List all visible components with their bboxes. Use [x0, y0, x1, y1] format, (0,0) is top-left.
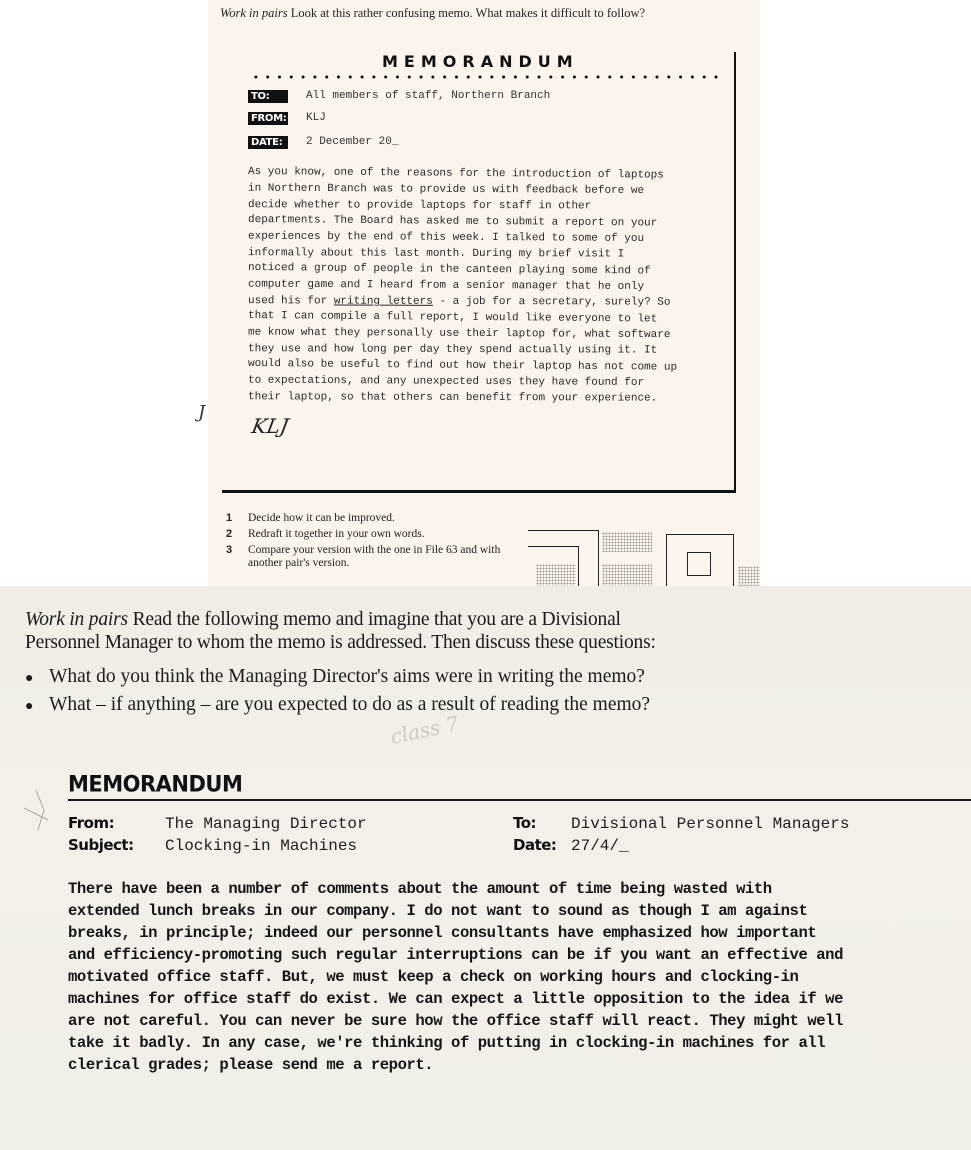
instruction-text-line1: Read the following memo and imagine that… — [133, 609, 621, 630]
task-list: 1 Decide how it can be improved. 2 Redra… — [226, 512, 506, 573]
task-item: 2 Redraft it together in your own words. — [226, 528, 506, 541]
task-number: 1 — [226, 512, 248, 525]
instruction-label: Work in pairs — [220, 6, 288, 20]
top-exercise-instructions: Work in pairs Look at this rather confus… — [220, 6, 645, 21]
memo-body-line: breaks, in principle; indeed our personn… — [68, 922, 958, 944]
task-text: Redraft it together in your own words. — [248, 528, 506, 541]
task-number: 2 — [226, 528, 248, 541]
memo-title: MEMORANDUM — [68, 771, 242, 796]
memo-body-line: extended lunch breaks in our company. I … — [68, 900, 958, 922]
discussion-questions: ● What do you think the Managing Directo… — [25, 664, 650, 720]
laptop-illustration — [526, 530, 760, 586]
question-item: ● What – if anything – are you expected … — [25, 692, 650, 720]
memo-date-row: Date: 27/4/_ — [513, 836, 629, 855]
memo-from-label: FROM: — [248, 112, 288, 125]
memo-body-line: are not careful. You can never be sure h… — [68, 1010, 958, 1032]
memo-from-row: From: The Managing Director — [68, 814, 367, 833]
memo-body-line: their laptop, so that others can benefit… — [248, 389, 718, 407]
memo-subject-row: Subject: Clocking-in Machines — [68, 836, 357, 855]
memo-body: There have been a number of comments abo… — [68, 878, 958, 1076]
memo-from-row: FROM: KLJ — [248, 110, 326, 126]
signature-mark: J — [198, 402, 205, 423]
memo-to-value: Divisional Personnel Managers — [571, 815, 849, 833]
memo-from-value: KLJ — [306, 112, 326, 124]
task-text: Compare your version with the one in Fil… — [248, 544, 506, 570]
memo-to-row: To: Divisional Personnel Managers — [513, 814, 849, 833]
memo-subject-value: Clocking-in Machines — [165, 837, 357, 855]
memo-date-label: DATE: — [248, 136, 288, 149]
memo-from-value: The Managing Director — [165, 815, 367, 833]
memo-date-row: DATE: 2 December 20_ — [248, 134, 398, 150]
bottom-exercise-scan: Work in pairs Read the following memo an… — [0, 586, 971, 1150]
task-item: 1 Decide how it can be improved. — [226, 512, 506, 525]
instruction-text: Look at this rather confusing memo. What… — [291, 6, 645, 20]
question-text: What – if anything – are you expected to… — [49, 692, 650, 718]
memo-from-label: From: — [68, 814, 165, 832]
memo-date-label: Date: — [513, 836, 571, 854]
memo-subject-label: Subject: — [68, 836, 165, 854]
instruction-text-line2: Personnel Manager to whom the memo is ad… — [25, 631, 925, 654]
dotted-divider — [250, 74, 720, 80]
confusing-memo: MEMORANDUM TO: All members of staff, Nor… — [222, 52, 736, 493]
memo-date-value: 27/4/_ — [571, 837, 629, 855]
memo-to-row: TO: All members of staff, Northern Branc… — [248, 88, 550, 104]
task-number: 3 — [226, 544, 248, 570]
memo-body-line: There have been a number of comments abo… — [68, 878, 958, 900]
memo-body: As you know, one of the reasons for the … — [248, 166, 718, 406]
memo-body-line: and efficiency-promoting such regular in… — [68, 944, 958, 966]
bullet-icon: ● — [25, 694, 49, 720]
memo-to-label: To: — [513, 814, 571, 832]
bottom-exercise-instructions: Work in pairs Read the following memo an… — [25, 608, 925, 654]
top-exercise-scan: Work in pairs Look at this rather confus… — [208, 0, 760, 586]
pencil-scratch-mark — [8, 786, 48, 836]
memo-body-line: clerical grades; please send me a report… — [68, 1054, 958, 1076]
map-icon — [687, 552, 711, 576]
handwritten-signature: KLJ — [250, 414, 290, 438]
instruction-label: Work in pairs — [25, 609, 128, 630]
task-item: 3 Compare your version with the one in F… — [226, 544, 506, 570]
memo-divider — [68, 799, 971, 801]
memo-title: MEMORANDUM — [382, 52, 579, 71]
underlined-phrase: writing letters — [334, 295, 433, 307]
memo-body-line: take it badly. In any case, we're thinki… — [68, 1032, 958, 1054]
memo-body-line: machines for office staff do exist. We c… — [68, 988, 958, 1010]
task-text: Decide how it can be improved. — [248, 512, 506, 525]
memo-date-value: 2 December 20_ — [306, 136, 398, 148]
memo-to-value: All members of staff, Northern Branch — [306, 90, 550, 102]
question-text: What do you think the Managing Director'… — [49, 664, 645, 690]
question-item: ● What do you think the Managing Directo… — [25, 664, 650, 692]
memo-to-label: TO: — [248, 90, 288, 103]
bullet-icon: ● — [25, 666, 49, 692]
memo-body-line: motivated office staff. But, we must kee… — [68, 966, 958, 988]
